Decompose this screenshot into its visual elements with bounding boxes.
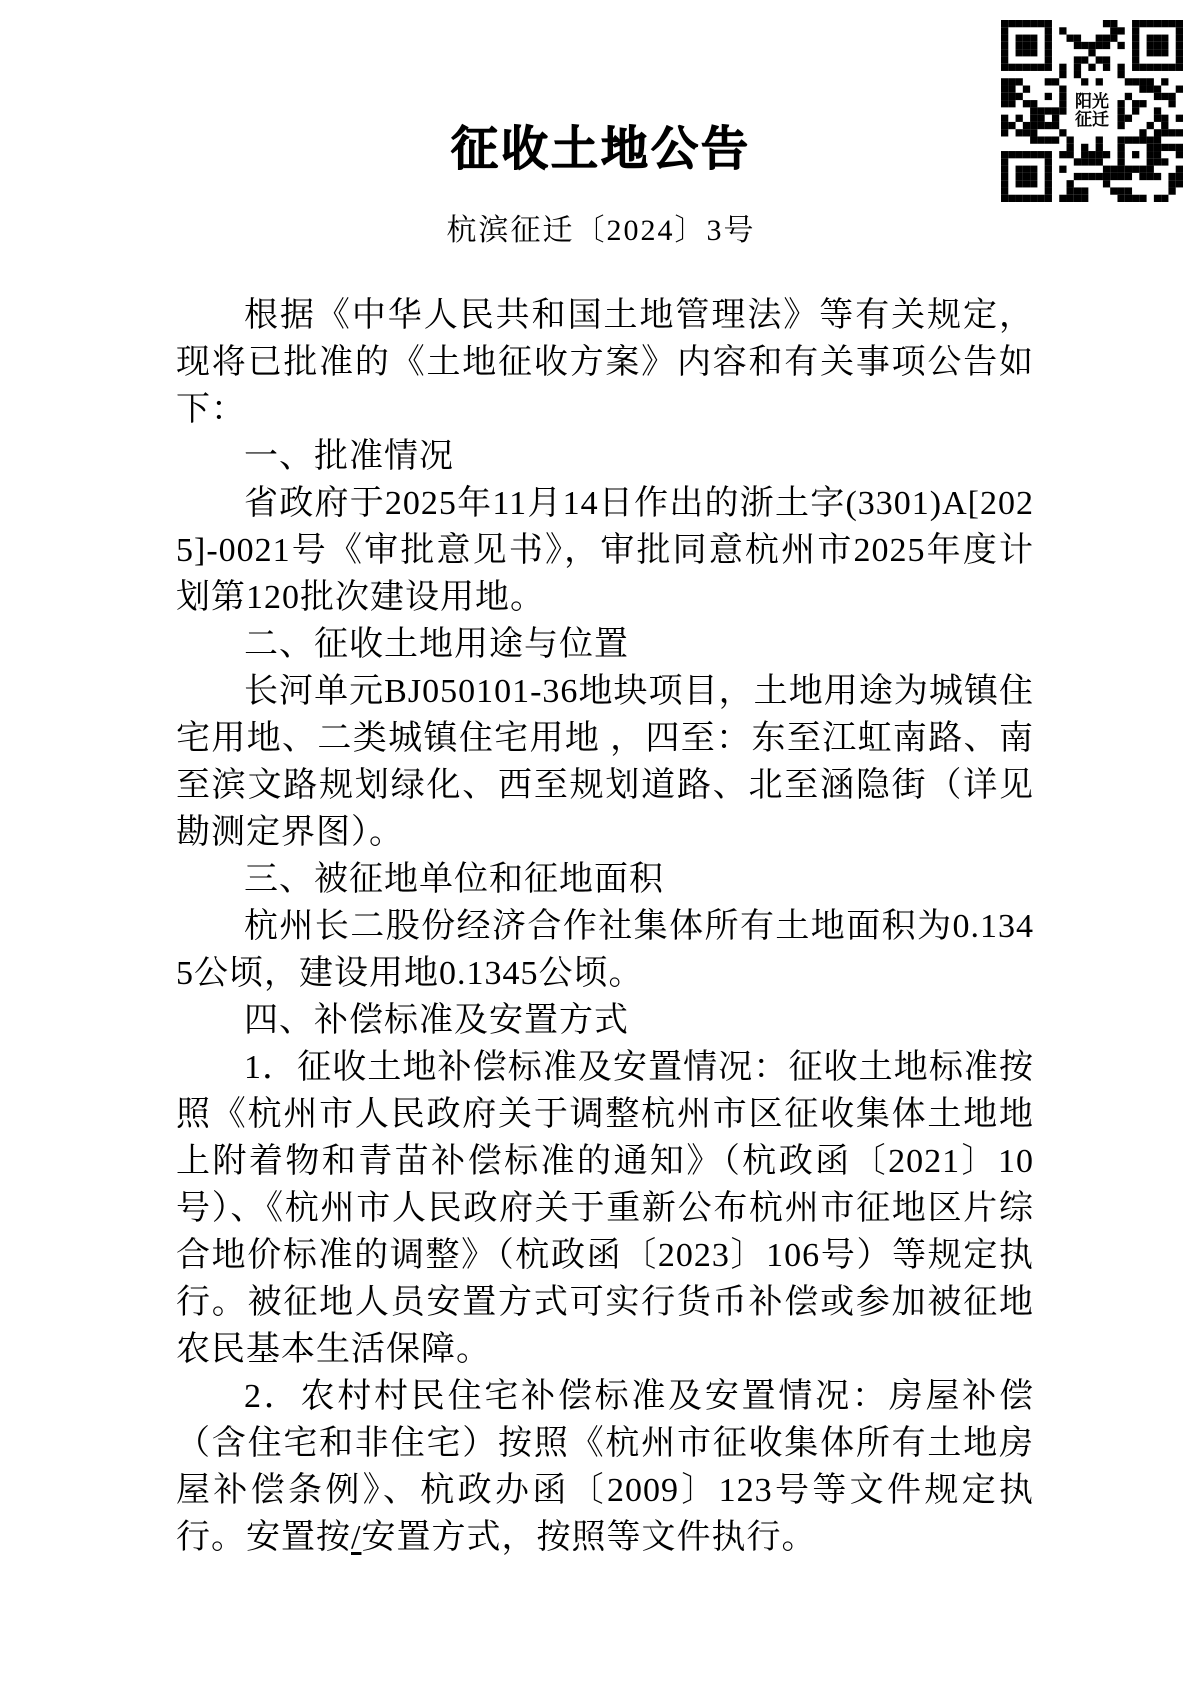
paragraph: 长河单元BJ050101-36地块项目，土地用途为城镇住宅用地、二类城镇住宅用地… — [176, 668, 1034, 856]
qr-center-label: 阳光 征迁 — [1073, 92, 1111, 130]
paragraph: 杭州长二股份经济合作社集体所有土地面积为0.1345公顷，建设用地0.1345公… — [176, 903, 1034, 997]
announcement-page: 阳光 征迁 征收土地公告 杭滨征迁〔2024〕3号 根据《中华人民共和国土地管理… — [0, 0, 1199, 1698]
doc-number: 杭滨征迁〔2024〕3号 — [170, 212, 1032, 250]
paragraph: 三、被征地单位和征地面积 — [176, 856, 1034, 903]
page-title: 征收土地公告 — [170, 122, 1032, 178]
paragraph: 四、补偿标准及安置方式 — [176, 997, 1034, 1044]
paragraph: 一、批准情况 — [176, 433, 1034, 480]
paragraph: 省政府于2025年11月14日作出的浙土字(3301)A[2025]-0021号… — [176, 480, 1034, 621]
document-body: 根据《中华人民共和国土地管理法》等有关规定，现将已批准的《土地征收方案》内容和有… — [176, 292, 1034, 1561]
paragraph: 二、征收土地用途与位置 — [176, 621, 1034, 668]
qr-label-line1: 阳光 — [1075, 92, 1109, 112]
paragraph: 1．征收土地补偿标准及安置情况：征收土地标准按照《杭州市人民政府关于调整杭州市区… — [176, 1044, 1034, 1373]
qr-label-line2: 征迁 — [1075, 110, 1109, 130]
paragraph: 根据《中华人民共和国土地管理法》等有关规定，现将已批准的《土地征收方案》内容和有… — [176, 292, 1034, 433]
paragraph: 2．农村村民住宅补偿标准及安置情况：房屋补偿（含住宅和非住宅）按照《杭州市征收集… — [176, 1373, 1034, 1561]
